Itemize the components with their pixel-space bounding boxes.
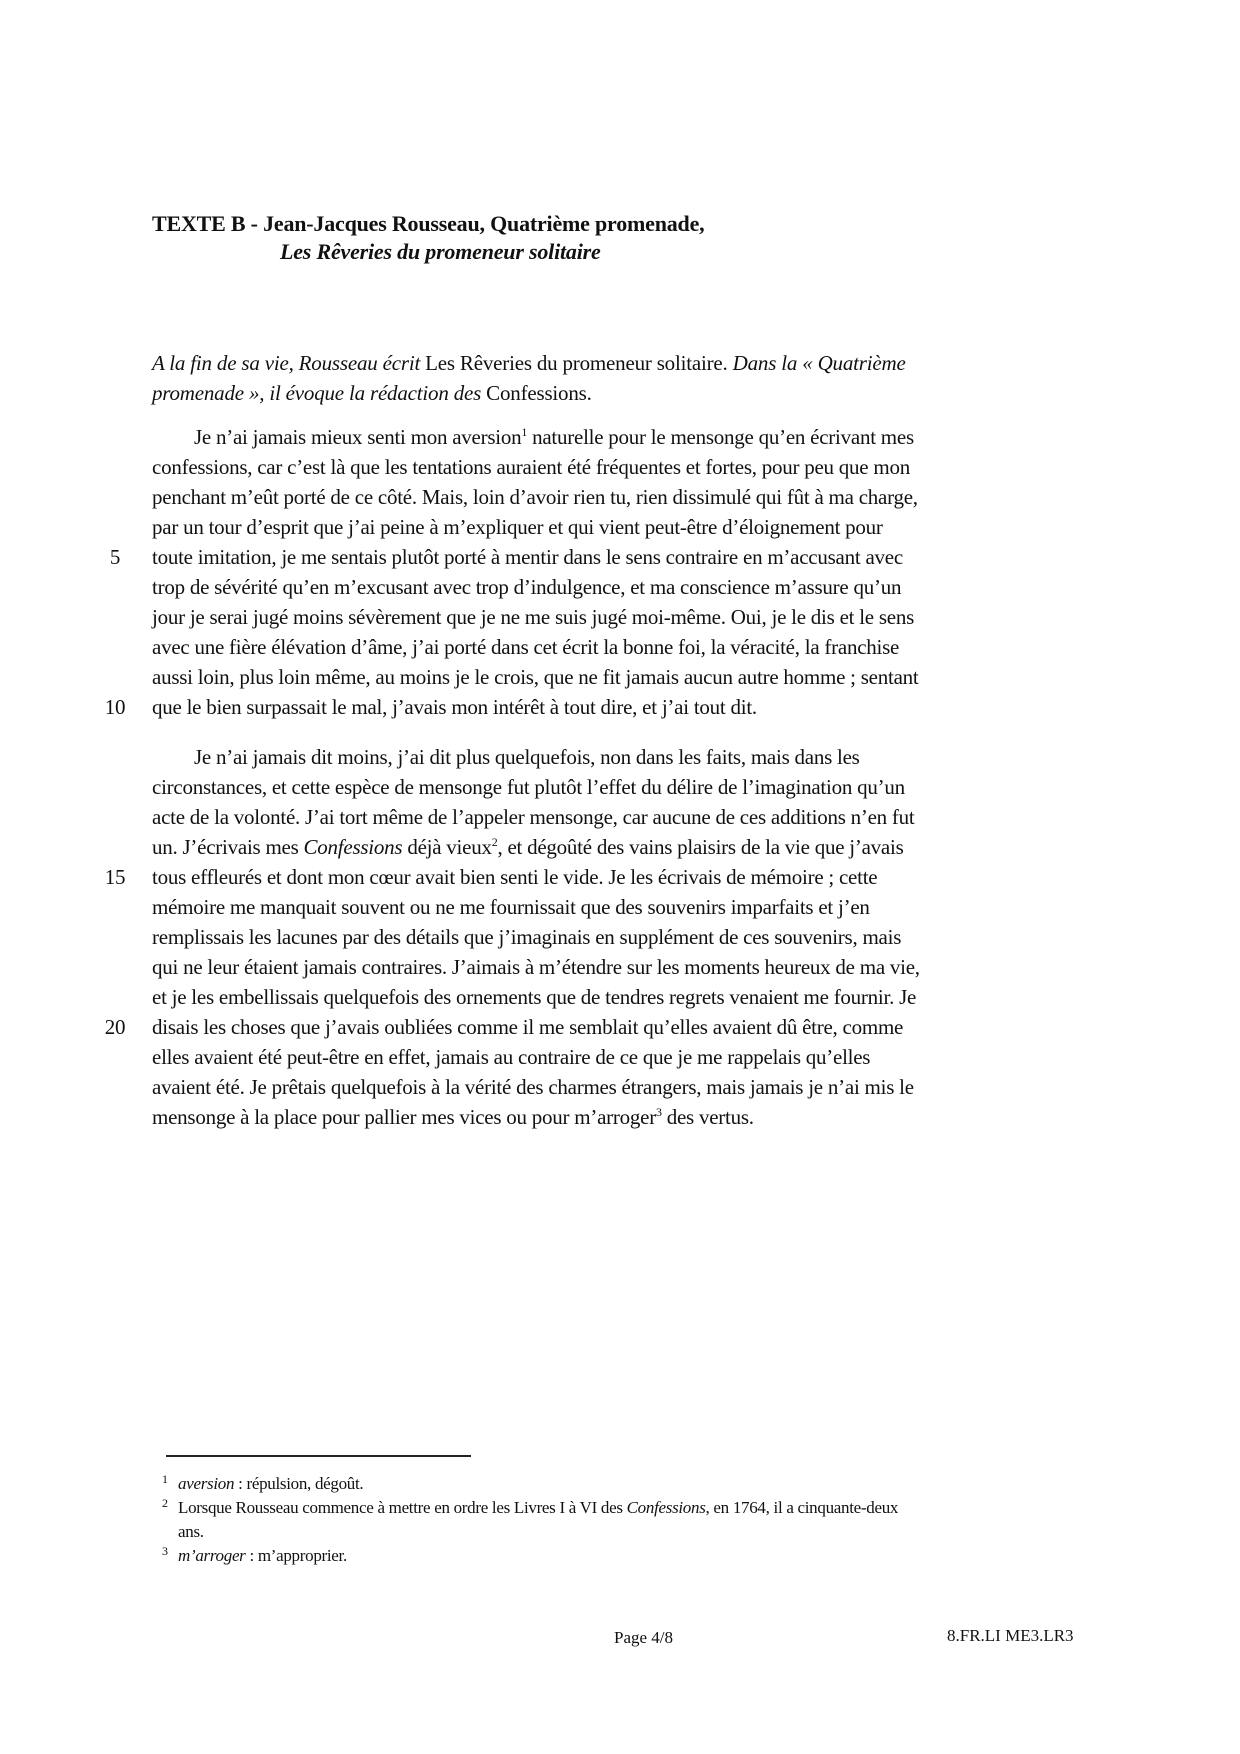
text-line: par un tour d’esprit que j’ai peine à m’… (152, 512, 1092, 542)
paragraph-1: Je n’ai jamais mieux senti mon aversion1… (152, 422, 1092, 722)
text-line: qui ne leur étaient jamais contraires. J… (152, 952, 1092, 982)
intro-work-title: Confessions. (486, 381, 592, 405)
page-number: Page 4/8 (614, 1628, 673, 1648)
title-line-1: TEXTE B - Jean-Jacques Rousseau, Quatriè… (152, 211, 704, 236)
intro-paragraph: A la fin de sa vie, Rousseau écrit Les R… (152, 348, 1092, 408)
document-code: 8.FR.LI ME3.LR3 (947, 1626, 1074, 1646)
intro-text: Dans la « Quatrième (728, 351, 906, 375)
text-line: avec une fière élévation d’âme, j’ai por… (152, 632, 1092, 662)
text-line: 15tous effleurés et dont mon cœur avait … (152, 862, 1092, 892)
intro-text: A la fin de sa vie, Rousseau écrit (152, 351, 425, 375)
text-line: mensonge à la place pour pallier mes vic… (152, 1102, 1092, 1132)
text-line: 20disais les choses que j’avais oubliées… (152, 1012, 1092, 1042)
footnote-3: 3m’arroger : m’approprier. (162, 1544, 1142, 1568)
text-line: remplissais les lacunes par des détails … (152, 922, 1092, 952)
line-number: 10 (100, 692, 130, 722)
text-line: confessions, car c’est là que les tentat… (152, 452, 1092, 482)
intro-text: promenade », il évoque la rédaction des (152, 381, 486, 405)
text-line: Je n’ai jamais mieux senti mon aversion1… (152, 422, 1092, 452)
title-line-2: Les Rêveries du promeneur solitaire (152, 238, 704, 266)
paragraph-2: Je n’ai jamais dit moins, j’ai dit plus … (152, 742, 1092, 1132)
text-line: 5toute imitation, je me sentais plutôt p… (152, 542, 1092, 572)
footnote-2: 2Lorsque Rousseau commence à mettre en o… (162, 1496, 1142, 1544)
intro-work-title: Les Rêveries du promeneur solitaire. (425, 351, 727, 375)
text-line: jour je serai jugé moins sévèrement que … (152, 602, 1092, 632)
line-number: 20 (100, 1012, 130, 1042)
footnote-divider (166, 1455, 471, 1457)
text-line: avaient été. Je prêtais quelquefois à la… (152, 1072, 1092, 1102)
line-number: 5 (100, 542, 130, 572)
document-title: TEXTE B - Jean-Jacques Rousseau, Quatriè… (152, 210, 704, 266)
footnote-1: 1aversion : répulsion, dégoût. (162, 1472, 1142, 1496)
line-number: 15 (100, 862, 130, 892)
text-line: acte de la volonté. J’ai tort même de l’… (152, 802, 1092, 832)
text-line: trop de sévérité qu’en m’excusant avec t… (152, 572, 1092, 602)
text-line: circonstances, et cette espèce de menson… (152, 772, 1092, 802)
text-line: 10que le bien surpassait le mal, j’avais… (152, 692, 1092, 722)
text-line: Je n’ai jamais dit moins, j’ai dit plus … (152, 742, 1092, 772)
text-line: et je les embellissais quelquefois des o… (152, 982, 1092, 1012)
text-line: un. J’écrivais mes Confessions déjà vieu… (152, 832, 1092, 862)
text-line: elles avaient été peut-être en effet, ja… (152, 1042, 1092, 1072)
text-line: mémoire me manquait souvent ou ne me fou… (152, 892, 1092, 922)
text-line: aussi loin, plus loin même, au moins je … (152, 662, 1092, 692)
text-line: penchant m’eût porté de ce côté. Mais, l… (152, 482, 1092, 512)
footnotes: 1aversion : répulsion, dégoût. 2Lorsque … (162, 1472, 1142, 1568)
